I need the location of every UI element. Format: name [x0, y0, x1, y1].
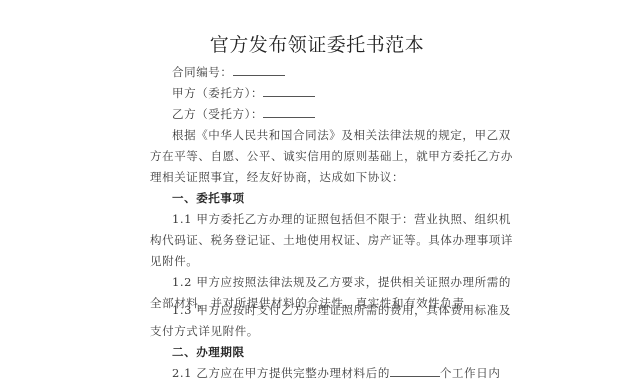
clause-1-3-line-2: 支付方式详见附件。	[150, 323, 259, 339]
document-title: 官方发布领证委托书范本	[0, 30, 634, 57]
party-b-field: 乙方（受托方）：	[172, 106, 315, 122]
clause-2-1-text-after: 个工作日内	[440, 366, 501, 380]
clause-1-2-line-1: 1.2 甲方应按照法律法规及乙方要求，提供相关证照办理所需的	[172, 274, 511, 290]
section-2-heading: 二、办理期限	[172, 344, 245, 360]
party-b-label: 乙方（受托方）：	[172, 107, 263, 121]
contract-number-label: 合同编号：	[172, 65, 233, 79]
clause-1-3-line-1: 1.3 甲方应按时支付乙方办理证照所需的费用，具体费用标准及	[172, 302, 511, 318]
working-days-blank[interactable]	[390, 366, 440, 377]
section-1-heading: 一、委托事项	[172, 190, 245, 206]
intro-line-3: 理相关证照事宜，经友好协商，达成如下协议：	[150, 169, 404, 185]
contract-number-blank[interactable]	[233, 65, 285, 76]
clause-2-1-line-1: 2.1 乙方应在甲方提供完整办理材料后的个工作日内	[172, 365, 500, 381]
clause-2-1-text-before: 2.1 乙方应在甲方提供完整办理材料后的	[172, 366, 390, 380]
party-a-field: 甲方（委托方）：	[172, 85, 315, 101]
clause-1-1-line-1: 1.1 甲方委托乙方办理的证照包括但不限于：营业执照、组织机	[172, 211, 511, 227]
party-b-blank[interactable]	[263, 107, 315, 118]
intro-line-2: 方在平等、自愿、公平、诚实信用的原则基础上，就甲方委托乙方办	[150, 148, 513, 164]
clause-1-1-line-3: 见附件。	[150, 253, 198, 269]
intro-line-1: 根据《中华人民共和国合同法》及相关法律法规的规定，甲乙双	[172, 127, 511, 143]
clause-1-1-line-2: 构代码证、税务登记证、土地使用权证、房产证等。具体办理事项详	[150, 232, 513, 248]
contract-number-field: 合同编号：	[172, 64, 285, 80]
party-a-label: 甲方（委托方）：	[172, 86, 263, 100]
party-a-blank[interactable]	[263, 86, 315, 97]
document-page: 官方发布领证委托书范本 合同编号： 甲方（委托方）： 乙方（受托方）： 根据《中…	[0, 0, 634, 382]
